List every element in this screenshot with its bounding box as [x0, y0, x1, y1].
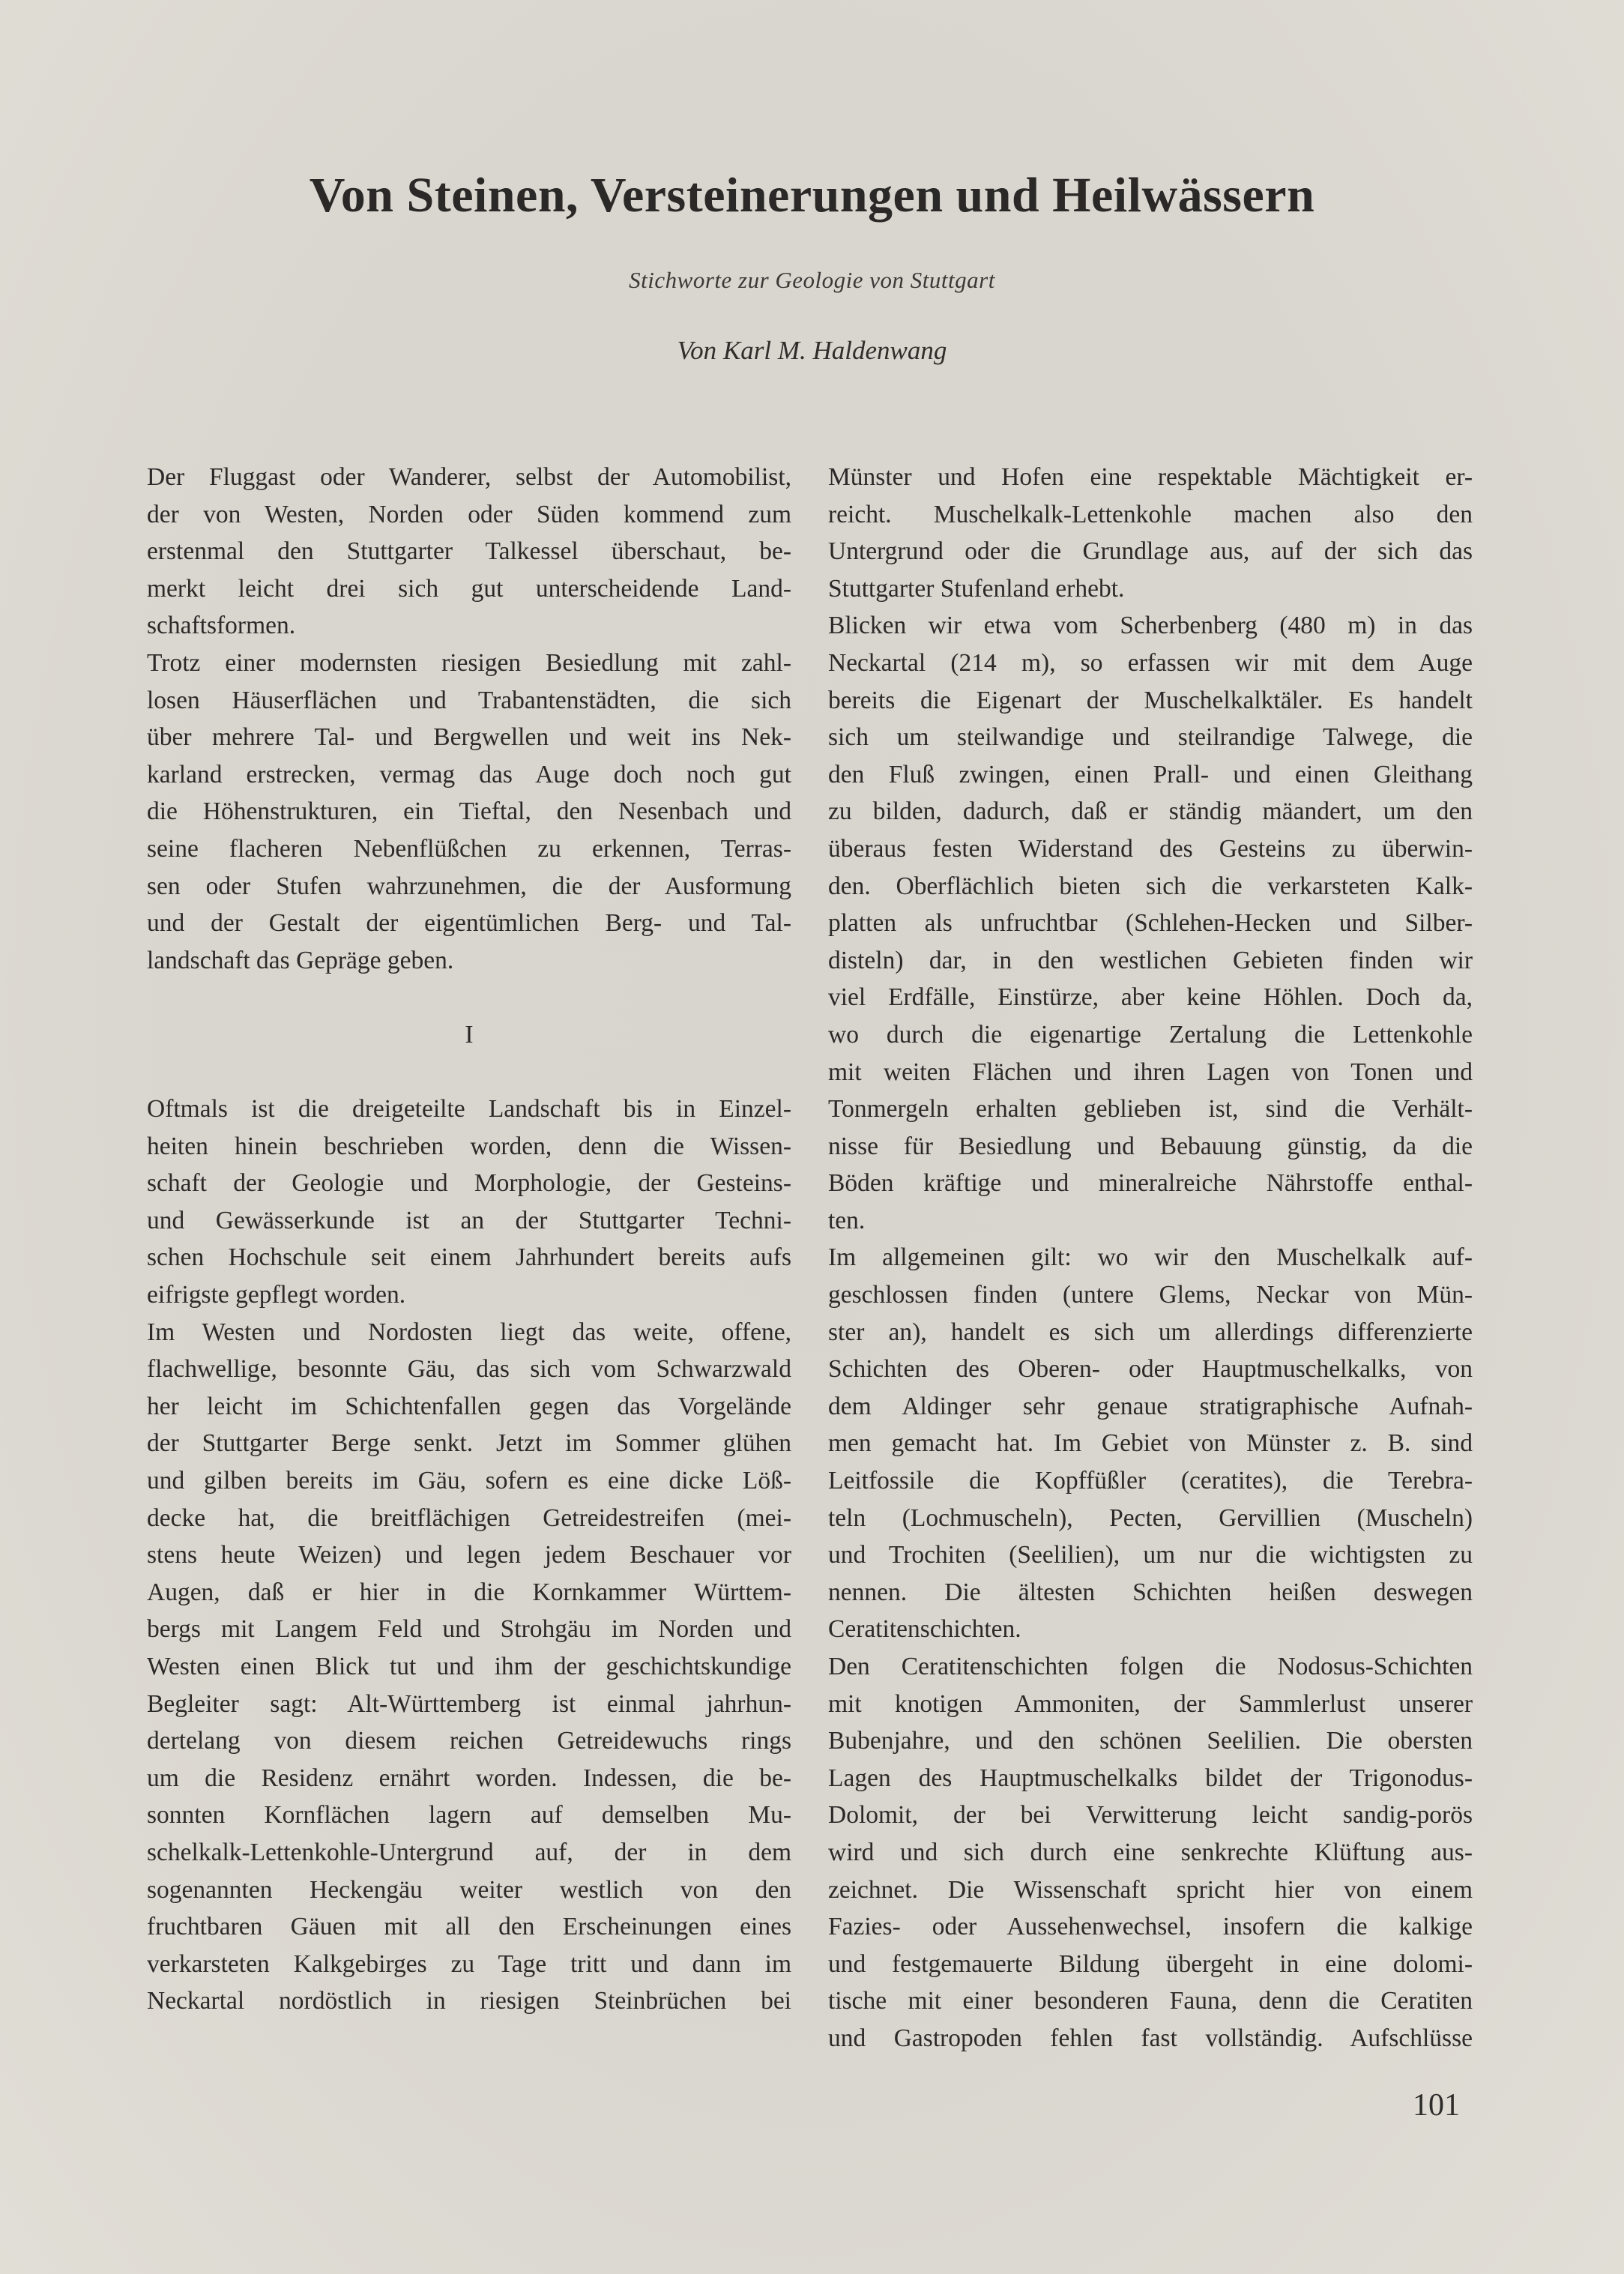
text-line: Oftmals ist die dreigeteilte Landschaft …: [147, 1091, 791, 1128]
section-numeral: I: [147, 1016, 791, 1054]
text-line: decke hat, die breitflächigen Getreidest…: [147, 1500, 791, 1537]
text-line: und Trochiten (Seelilien), um nur die wi…: [828, 1536, 1473, 1574]
text-line: und festgemauerte Bildung übergeht in ei…: [828, 1946, 1473, 1983]
text-line: sen oder Stufen wahrzunehmen, die der Au…: [147, 868, 791, 905]
text-line: um die Residenz ernährt worden. Indessen…: [147, 1760, 791, 1797]
text-line: Schichten des Oberen- oder Hauptmuschelk…: [828, 1351, 1473, 1388]
text-line: Augen, daß er hier in die Kornkammer Wür…: [147, 1574, 791, 1611]
text-line: men gemacht hat. Im Gebiet von Münster z…: [828, 1425, 1473, 1462]
text-line: über mehrere Tal- und Bergwellen und wei…: [147, 719, 791, 756]
text-line: dertelang von diesem reichen Getreidewuc…: [147, 1722, 791, 1760]
article-subtitle: Stichworte zur Geologie von Stuttgart: [0, 267, 1624, 294]
article-title: Von Steinen, Versteinerungen und Heilwäs…: [0, 162, 1624, 229]
text-line: Lagen des Hauptmuschelkalks bildet der T…: [828, 1760, 1473, 1797]
intro-paragraphs: Der Fluggast oder Wanderer, selbst der A…: [147, 459, 791, 979]
text-line: wird und sich durch eine senkrechte Klüf…: [828, 1834, 1473, 1872]
text-line: nisse für Besiedlung und Bebauung günsti…: [828, 1128, 1473, 1165]
left-column: Der Fluggast oder Wanderer, selbst der A…: [147, 459, 791, 2020]
text-line: landschaft das Gepräge geben.: [147, 942, 791, 980]
text-line: mit knotigen Ammoniten, der Sammlerlust …: [828, 1686, 1473, 1723]
right-column-paragraphs: Münster und Hofen eine respektable Mächt…: [828, 459, 1473, 2057]
text-line: die Höhenstrukturen, ein Tieftal, den Ne…: [147, 793, 791, 830]
text-line: Trotz einer modernsten riesigen Besiedlu…: [147, 645, 791, 682]
text-line: flachwellige, besonnte Gäu, das sich vom…: [147, 1351, 791, 1388]
article-author: Von Karl M. Haldenwang: [0, 336, 1624, 366]
text-line: wo durch die eigenartige Zertalung die L…: [828, 1016, 1473, 1054]
text-line: sonnten Kornflächen lagern auf demselben…: [147, 1797, 791, 1834]
text-line: platten als unfruchtbar (Schlehen-Hecken…: [828, 905, 1473, 942]
text-line: zu bilden, dadurch, daß er ständig mäand…: [828, 793, 1473, 830]
text-line: fruchtbaren Gäuen mit all den Erscheinun…: [147, 1908, 791, 1946]
text-line: verkarsteten Kalkgebirges zu Tage tritt …: [147, 1946, 791, 1983]
text-line: schelkalk-Lettenkohle-Untergrund auf, de…: [147, 1834, 791, 1872]
text-line: schen Hochschule seit einem Jahrhundert …: [147, 1239, 791, 1276]
text-line: den Fluß zwingen, einen Prall- und einen…: [828, 756, 1473, 794]
text-line: schaftsformen.: [147, 607, 791, 645]
text-line: stens heute Weizen) und legen jedem Besc…: [147, 1536, 791, 1574]
text-line: schaft der Geologie und Morphologie, der…: [147, 1165, 791, 1202]
text-line: Dolomit, der bei Verwitterung leicht san…: [828, 1797, 1473, 1834]
text-line: bergs mit Langem Feld und Strohgäu im No…: [147, 1611, 791, 1648]
text-line: dem Aldinger sehr genaue stratigraphisch…: [828, 1388, 1473, 1426]
text-line: Tonmergeln erhalten geblieben ist, sind …: [828, 1091, 1473, 1128]
text-line: geschlossen finden (untere Glems, Neckar…: [828, 1276, 1473, 1314]
text-line: teln (Lochmuscheln), Pecten, Gervillien …: [828, 1500, 1473, 1537]
text-line: und Gastropoden fehlen fast vollständig.…: [828, 2020, 1473, 2057]
text-line: reicht. Muschelkalk-Lettenkohle machen a…: [828, 496, 1473, 534]
text-line: Im Westen und Nordosten liegt das weite,…: [147, 1314, 791, 1351]
right-column: Münster und Hofen eine respektable Mächt…: [828, 459, 1473, 2057]
text-line: her leicht im Schichtenfallen gegen das …: [147, 1388, 791, 1426]
section-one-paragraphs: Oftmals ist die dreigeteilte Landschaft …: [147, 1091, 791, 2020]
text-line: Begleiter sagt: Alt-Württemberg ist einm…: [147, 1686, 791, 1723]
text-line: Stuttgarter Stufenland erhebt.: [828, 570, 1473, 608]
text-line: Neckartal (214 m), so erfassen wir mit d…: [828, 645, 1473, 682]
text-line: heiten hinein beschrieben worden, denn d…: [147, 1128, 791, 1165]
text-line: ster an), handelt es sich um allerdings …: [828, 1314, 1473, 1351]
text-line: und gilben bereits im Gäu, sofern es ein…: [147, 1462, 791, 1500]
text-line: eifrigste gepflegt worden.: [147, 1276, 791, 1314]
text-line: und der Gestalt der eigentümlichen Berg-…: [147, 905, 791, 942]
text-line: Münster und Hofen eine respektable Mächt…: [828, 459, 1473, 496]
text-line: Den Ceratitenschichten folgen die Nodosu…: [828, 1648, 1473, 1686]
text-line: nennen. Die ältesten Schichten heißen de…: [828, 1574, 1473, 1611]
text-line: zeichnet. Die Wissenschaft spricht hier …: [828, 1872, 1473, 1909]
text-line: viel Erdfälle, Einstürze, aber keine Höh…: [828, 979, 1473, 1016]
text-line: mit weiten Flächen und ihren Lagen von T…: [828, 1054, 1473, 1091]
text-line: bereits die Eigenart der Muschelkalktäle…: [828, 682, 1473, 720]
text-line: Leitfossile die Kopffüßler (ceratites), …: [828, 1462, 1473, 1500]
text-line: disteln) dar, in den westlichen Gebieten…: [828, 942, 1473, 980]
text-line: Im allgemeinen gilt: wo wir den Muschelk…: [828, 1239, 1473, 1276]
text-line: Fazies- oder Aussehenwechsel, insofern d…: [828, 1908, 1473, 1946]
text-line: Neckartal nordöstlich in riesigen Steinb…: [147, 1982, 791, 2020]
page-number: 101: [1413, 2087, 1460, 2123]
text-line: Böden kräftige und mineralreiche Nährsto…: [828, 1165, 1473, 1202]
text-line: losen Häuserflächen und Trabantenstädten…: [147, 682, 791, 720]
text-line: merkt leicht drei sich gut unterscheiden…: [147, 570, 791, 608]
text-line: Blicken wir etwa vom Scherbenberg (480 m…: [828, 607, 1473, 645]
text-line: sogenannten Heckengäu weiter westlich vo…: [147, 1872, 791, 1909]
text-line: ten.: [828, 1202, 1473, 1240]
text-line: Ceratitenschichten.: [828, 1611, 1473, 1648]
text-line: seine flacheren Nebenflüßchen zu erkenne…: [147, 830, 791, 868]
text-line: Untergrund oder die Grundlage aus, auf d…: [828, 533, 1473, 570]
text-line: erstenmal den Stuttgarter Talkessel über…: [147, 533, 791, 570]
text-line: der Stuttgarter Berge senkt. Jetzt im So…: [147, 1425, 791, 1462]
text-line: Der Fluggast oder Wanderer, selbst der A…: [147, 459, 791, 496]
text-line: Westen einen Blick tut und ihm der gesch…: [147, 1648, 791, 1686]
text-line: überaus festen Widerstand des Gesteins z…: [828, 830, 1473, 868]
text-line: sich um steilwandige und steilrandige Ta…: [828, 719, 1473, 756]
text-line: den. Oberflächlich bieten sich die verka…: [828, 868, 1473, 905]
text-line: der von Westen, Norden oder Süden kommen…: [147, 496, 791, 534]
text-line: und Gewässerkunde ist an der Stuttgarter…: [147, 1202, 791, 1240]
text-line: Bubenjahre, und den schönen Seelilien. D…: [828, 1722, 1473, 1760]
text-line: karland erstrecken, vermag das Auge doch…: [147, 756, 791, 794]
text-line: tische mit einer besonderen Fauna, denn …: [828, 1982, 1473, 2020]
